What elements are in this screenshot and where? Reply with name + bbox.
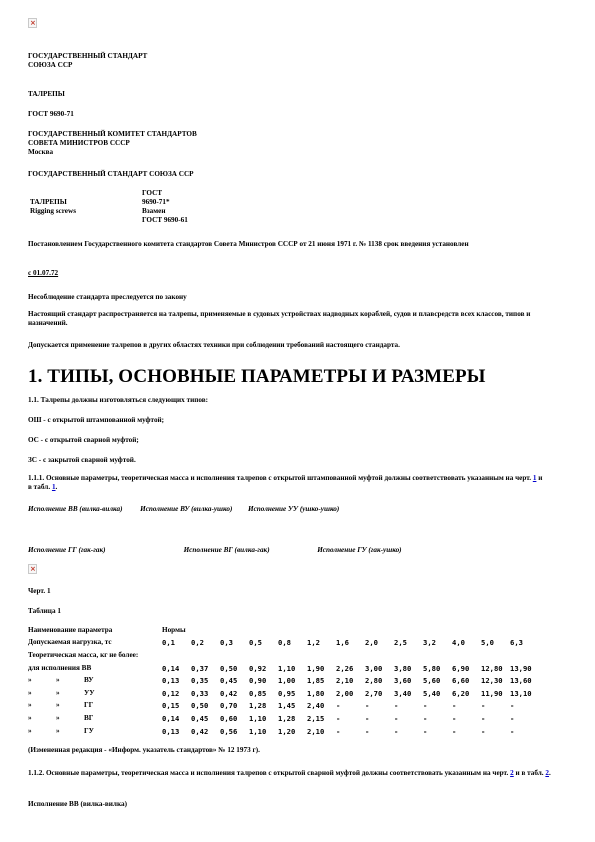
row-label: для исполнения ВВ <box>28 662 162 675</box>
param-header: Наименование параметра <box>28 624 162 637</box>
table-row: для исполнения ВВ 0,14 0,37 0,50 0,92 1,… <box>28 662 539 675</box>
row-label: Допускаемая нагрузка, тс <box>28 637 162 650</box>
replaces-code: ГОСТ 9690-61 <box>140 216 190 225</box>
variant-label: Исполнение ГУ (гак-ушко) <box>317 546 401 554</box>
variant-label: Исполнение ВГ (вилка-гак) <box>184 546 294 555</box>
replaces-label: Взамен <box>140 207 190 216</box>
norms-header: Нормы <box>162 624 539 637</box>
committee-line: ГОСУДАРСТВЕННЫЙ КОМИТЕТ СТАНДАРТОВ <box>28 130 197 139</box>
variant-label: Исполнение УУ (ушко-ушко) <box>248 505 339 513</box>
state-standard-full: ГОСУДАРСТВЕННЫЙ СТАНДАРТ СОЮЗА ССР <box>28 170 194 179</box>
decree-text: Постановлением Государственного комитета… <box>28 240 563 249</box>
header-line: СОЮЗА ССР <box>28 61 147 70</box>
clause-1-1-2: 1.1.2. Основные параметры, теоретическая… <box>28 769 563 778</box>
table-1: Наименование параметра Нормы Допускаемая… <box>28 624 539 737</box>
table-row-load: Допускаемая нагрузка, тс 0,1 0,2 0,3 0,5… <box>28 637 539 650</box>
type-osh: ОШ - с открытой штампованной муфтой; <box>28 416 164 425</box>
table-caption: Таблица 1 <box>28 607 61 616</box>
clause-1-1: 1.1. Талрепы должны изготовляться следую… <box>28 396 208 405</box>
row-label: Теоретическая масса, кг не более: <box>28 649 539 662</box>
table-row: » » ГГ 0,15 0,50 0,70 1,28 1,45 2,40 - -… <box>28 700 539 713</box>
section-heading: 1. ТИПЫ, ОСНОВНЫЕ ПАРАМЕТРЫ И РАЗМЕРЫ <box>28 366 485 388</box>
broken-image-icon: × <box>28 18 37 28</box>
variant-label: Исполнение ГГ (гак-гак) <box>28 546 140 555</box>
table-row: » » ВГ 0,14 0,45 0,60 1,10 1,28 2,15 - -… <box>28 712 539 725</box>
product-name: ТАЛРЕПЫ <box>28 90 65 99</box>
figure-caption: Черт. 1 <box>28 587 51 596</box>
variants-row-2: Исполнение ГГ (гак-гак) Исполнение ВГ (в… <box>28 546 402 555</box>
header-line: ГОСУДАРСТВЕННЫЙ СТАНДАРТ <box>28 52 147 61</box>
table-row: » » ВУ 0,13 0,35 0,45 0,90 1,00 1,85 2,1… <box>28 674 539 687</box>
title-block-table: ГОСТ ТАЛРЕПЫ 9690-71* Rigging screws Вза… <box>28 189 190 225</box>
title-ru: ТАЛРЕПЫ <box>28 198 140 207</box>
table-header-row: Наименование параметра Нормы <box>28 624 539 637</box>
gost-code: 9690-71* <box>140 198 190 207</box>
effective-date: с 01.07.72 <box>28 269 58 278</box>
law-notice: Несоблюдение стандарта преследуется по з… <box>28 293 187 302</box>
allowed-use-text: Допускается применение талрепов в других… <box>28 341 400 350</box>
variant-label: Исполнение ВУ (вилка-ушко) <box>140 505 232 513</box>
gost-number: ГОСТ 9690-71 <box>28 110 74 119</box>
table-row: » » УУ 0,12 0,33 0,42 0,85 0,95 1,80 2,0… <box>28 687 539 700</box>
type-zs: ЗС - с закрытой сварной муфтой. <box>28 456 136 465</box>
broken-image-icon: × <box>28 564 37 574</box>
table-row-mass-label: Теоретическая масса, кг не более: <box>28 649 539 662</box>
committee-line: СОВЕТА МИНИСТРОВ СССР <box>28 139 197 148</box>
committee-block: ГОСУДАРСТВЕННЫЙ КОМИТЕТ СТАНДАРТОВ СОВЕТ… <box>28 130 197 157</box>
state-standard-header: ГОСУДАРСТВЕННЫЙ СТАНДАРТ СОЮЗА ССР <box>28 52 147 70</box>
title-en: Rigging screws <box>28 207 140 216</box>
variant-label: Исполнение ВВ (вилка-вилка) <box>28 505 123 513</box>
variants-row-1: Исполнение ВВ (вилка-вилка) Исполнение В… <box>28 505 339 514</box>
type-os: ОС - с открытой сварной муфтой; <box>28 436 139 445</box>
variant-vv-heading: Исполнение ВВ (вилка-вилка) <box>28 800 127 809</box>
clause-1-1-1: 1.1.1. Основные параметры, теоретическая… <box>28 474 548 492</box>
table-row: » » ГУ 0,13 0,42 0,56 1,10 1,20 2,10 - -… <box>28 725 539 738</box>
gost-label: ГОСТ <box>140 189 190 198</box>
amendment-note: (Измененная редакция - «Информ. указател… <box>28 746 260 755</box>
city: Москва <box>28 148 197 157</box>
scope-text: Настоящий стандарт распространяется на т… <box>28 310 568 328</box>
